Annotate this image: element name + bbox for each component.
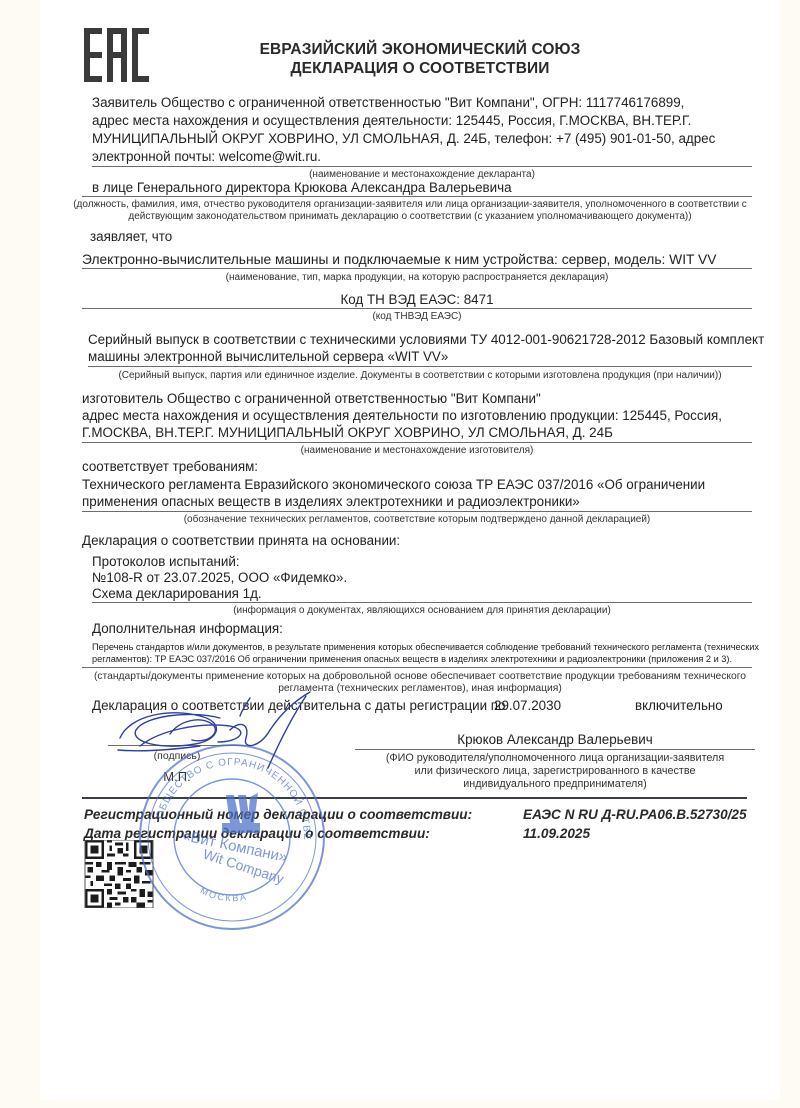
divider — [82, 308, 752, 309]
requirements-label: соответствует требованиям: — [82, 458, 258, 475]
manufacturer-line: адрес места нахождения и осуществления д… — [82, 407, 722, 424]
divider — [92, 166, 752, 167]
manufacturer-line: изготовитель Общество с ограниченной отв… — [82, 390, 541, 407]
production-line: Серийный выпуск в соответствии с техниче… — [88, 331, 764, 348]
tnved-code: Код ТН ВЭД ЕАЭС: 8471 — [82, 291, 752, 308]
applicant-line: МУНИЦИПАЛЬНЫЙ ОКРУГ ХОВРИНО, УЛ СМОЛЬНАЯ… — [92, 130, 715, 147]
basis-caption: (информация о документах, являющихся осн… — [92, 604, 752, 617]
svg-text:МОСКВА: МОСКВА — [199, 885, 249, 903]
basis-line: Схема декларирования 1д. — [92, 585, 262, 602]
divider — [82, 442, 752, 443]
basis-label: Декларация о соответствии принята на осн… — [82, 532, 400, 549]
signer-name: Крюков Александр Валерьевич — [355, 731, 755, 748]
signer-caption: индивидуального предпринимателя) — [355, 778, 755, 791]
divider — [82, 511, 752, 512]
divider — [82, 667, 752, 668]
divider — [88, 366, 752, 367]
requirements-caption: (обозначение технических регламентов, со… — [82, 513, 752, 526]
validity-date: 29.07.2030 — [494, 697, 561, 714]
signer-line — [355, 749, 755, 750]
production-caption: (Серийный выпуск, партия или единичное и… — [88, 369, 752, 382]
manufacturer-line: Г.МОСКВА, ВН.ТЕР.Г. МУНИЦИПАЛЬНЫЙ ОКРУГ … — [82, 424, 613, 441]
document-title: ДЕКЛАРАЦИЯ О СООТВЕТСТВИИ — [190, 60, 650, 78]
divider — [82, 268, 752, 269]
signer-caption: (ФИО руководителя/уполномоченного лица о… — [355, 752, 755, 765]
representative-caption: действующим законодательством принимать … — [40, 210, 780, 223]
representative-text: в лице Генерального директора Крюкова Ал… — [92, 179, 512, 196]
manufacturer-caption: (наименование и местонахождение изготови… — [82, 444, 752, 457]
product-text: Электронно-вычислительные машины и подкл… — [82, 251, 716, 268]
product-caption: (наименование, тип, марка продукции, на … — [82, 271, 752, 284]
eac-logo-icon — [82, 26, 150, 82]
validity-suffix: включительно — [635, 697, 723, 714]
basis-line: Протоколов испытаний: — [92, 553, 240, 570]
declares-label: заявляет, что — [90, 228, 172, 245]
union-title: ЕВРАЗИЙСКИЙ ЭКОНОМИЧЕСКИЙ СОЮЗ — [190, 41, 650, 59]
divider — [82, 196, 752, 197]
tnved-caption: (код ТНВЭД ЕАЭС) — [82, 310, 752, 323]
signature-icon — [100, 690, 340, 770]
registration-date-value: 11.09.2025 — [523, 826, 590, 841]
requirements-line: Технического регламента Евразийского эко… — [82, 476, 705, 493]
applicant-line: адрес места нахождения и осуществления д… — [92, 112, 691, 129]
signer-caption: или физического лица, зарегистрированног… — [355, 765, 755, 778]
basis-line: №108-R от 23.07.2025, ООО «Фидемко». — [92, 569, 347, 586]
additional-label: Дополнительная информация: — [92, 620, 283, 637]
registration-number-value: ЕАЭС N RU Д-RU.РА06.В.52730/25 — [523, 807, 747, 822]
applicant-line: Заявитель Общество с ограниченной ответс… — [92, 94, 684, 111]
divider — [92, 602, 752, 603]
requirements-line: применения опасных веществ в изделиях эл… — [82, 493, 580, 510]
production-line: машины электронной вычислительной сервер… — [88, 348, 448, 365]
applicant-line: электронной почты: welcome@wit.ru. — [92, 148, 321, 165]
additional-line: регламентов): ТР ЕАЭС 037/2016 Об ограни… — [92, 653, 732, 666]
